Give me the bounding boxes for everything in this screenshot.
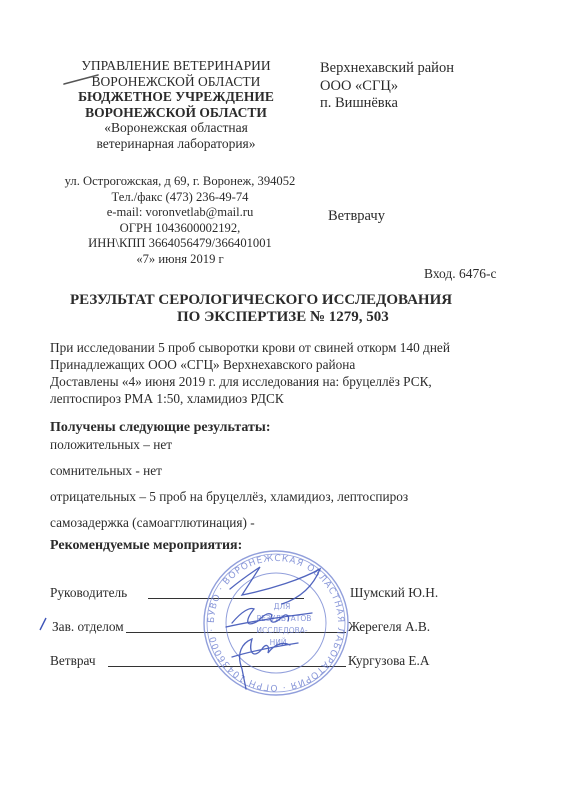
recipient-line: п. Вишнёвка (320, 95, 454, 113)
date-line: «7» июня 2019 г (30, 252, 330, 268)
inn-line: ИНН\КПП 3664056479/366401001 (30, 236, 330, 252)
intro-line: Принадлежащих ООО «СГЦ» Верхнехавского р… (50, 357, 355, 373)
recipient-line: Верхнехавский район (320, 60, 454, 78)
pen-mark-icon (62, 72, 102, 86)
official-stamp-icon: БУВО · ВОРОНЕЖСКАЯ ОБЛАСТНАЯ ЛАБОРАТОРИЯ… (202, 549, 350, 697)
org-line: «Воронежская областная (46, 120, 306, 136)
result-self-agglutination: самозадержка (самоагглютинация) - (50, 515, 255, 531)
title-line-2: ПО ЭКСПЕРТИЗЕ № 1279, 503 (177, 309, 389, 326)
email-line: e-mail: voronvetlab@mail.ru (30, 205, 330, 221)
signature-name: Жерегеля А.В. (348, 619, 430, 635)
signature-role: Зав. отделом (52, 619, 124, 635)
signature-role: Ветврач (50, 653, 96, 669)
phone-line: Тел./факс (473) 236-49-74 (30, 190, 330, 206)
incoming-number: Вход. 6476-с (424, 266, 497, 282)
intro-line: При исследовании 5 проб сыворотки крови … (50, 340, 450, 356)
address-line: ул. Острогожская, д 69, г. Воронеж, 3940… (30, 174, 330, 190)
intro-line: Доставлены «4» июня 2019 г. для исследов… (50, 374, 432, 390)
result-negative: отрицательных – 5 проб на бруцеллёз, хла… (50, 489, 408, 505)
org-line: ветеринарная лаборатория» (46, 136, 306, 152)
check-mark-icon (38, 616, 48, 632)
org-line: БЮДЖЕТНОЕ УЧРЕЖДЕНИЕ (46, 89, 306, 105)
results-heading: Получены следующие результаты: (50, 420, 271, 436)
signature-role: Руководитель (50, 585, 127, 601)
title-line-1: РЕЗУЛЬТАТ СЕРОЛОГИЧЕСКОГО ИССЛЕДОВАНИЯ (70, 292, 452, 309)
signature-name: Шумский Ю.Н. (350, 585, 438, 601)
svg-text:ИССЛЕДОВА-: ИССЛЕДОВА- (256, 626, 308, 635)
organization-address: ул. Острогожская, д 69, г. Воронеж, 3940… (30, 174, 330, 268)
recipient-line: ООО «СГЦ» (320, 78, 454, 96)
ogrn-line: ОГРН 1043600002192, (30, 221, 330, 237)
intro-line: лептоспироз РМА 1:50, хламидиоз РДСК (50, 391, 284, 407)
recipient-block: Верхнехавский район ООО «СГЦ» п. Вишнёвк… (320, 60, 454, 113)
signature-name: Кургузова Е.А (348, 653, 429, 669)
result-doubtful: сомнительных - нет (50, 463, 162, 479)
org-line: ВОРОНЕЖСКОЙ ОБЛАСТИ (46, 105, 306, 121)
addressee: Ветврачу (328, 208, 385, 225)
result-positive: положительных – нет (50, 437, 172, 453)
